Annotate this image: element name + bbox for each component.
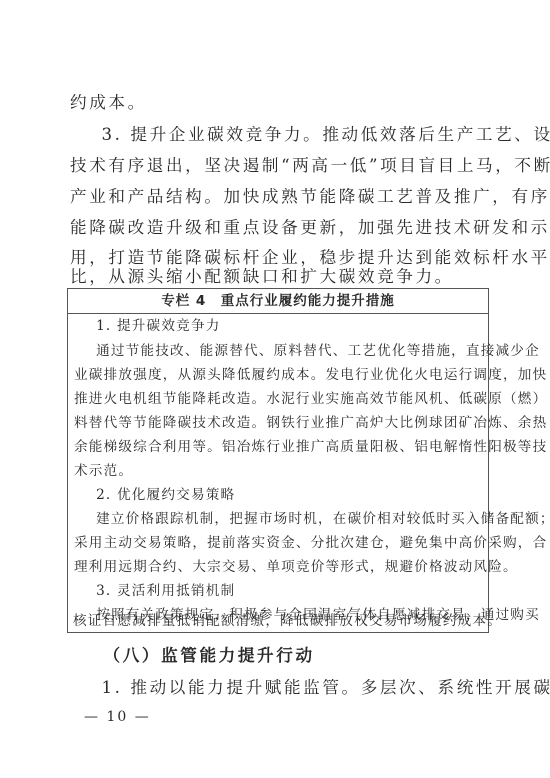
box-title: 专栏 4 重点行业履约能力提升措施 [68,289,488,314]
box-subheading: 1. 提升碳效竞争力 [74,316,221,336]
box-text-line: 推进火电机组节能降耗改造。水泥行业实施高效节能风机、低碳原（燃） [74,389,547,409]
box-text-line: 业碳排放强度，从源头降低履约成本。发电行业优化火电运行调度，加快 [74,365,547,385]
body-text-line: 比，从源头缩小配额缺口和扩大碳效竞争力。 [70,266,454,288]
box-text-line: 余能梯级综合利用等。铝冶炼行业推广高质量阳极、铝电解惰性阳极等技 [74,437,547,457]
feature-box: 专栏 4 重点行业履约能力提升措施 1. 提升碳效竞争力 通过节能技改、能源替代… [67,288,489,633]
box-text-line: 通过节能技改、能源替代、原料替代、工艺优化等措施，直接减少企 [74,341,540,361]
body-text-line: 产业和产品结构。加快成熟节能降碳工艺普及推广，有序推动节 [70,186,550,208]
body-text-line: 1. 推动以能力提升赋能监管。多层次、系统性开展碳市场 [70,677,550,699]
box-text-line: 术示范。 [74,461,133,481]
box-subheading: 2. 优化履约交易策略 [74,485,235,505]
box-text-line: 理利用远期合约、大宗交易、单项竞价等形式，规避价格波动风险。 [74,557,518,577]
box-text-line: 采用主动交易策略，提前落实资金、分批次建仓，避免集中高价采购，合 [74,533,547,553]
section-heading: （八）监管能力提升行动 [70,645,315,667]
box-text-line: 核证自愿减排量抵销配额清缴，降低碳排放权交易市场履约成本。 [73,610,502,632]
box-text-line: 料替代等节能降碳技术改造。钢铁行业推广高炉大比例球团矿冶炼、余热 [74,413,547,433]
body-text-line: 技术有序退出，坚决遏制“两高一低”项目盲目上马，不断优化 [70,155,550,177]
body-text-line: 约成本。 [70,92,147,114]
body-text-line: 能降碳改造升级和重点设备更新，加强先进技术研发和示范应 [70,217,550,239]
box-text-line: 建立价格跟踪机制，把握市场时机，在碳价相对较低时买入储备配额； [74,509,550,529]
page-number: — 10 — [84,709,151,725]
body-text-line: 3. 提升企业碳效竞争力。推动低效落后生产工艺、设备和 [70,124,550,146]
box-subheading: 3. 灵活利用抵销机制 [74,581,235,601]
